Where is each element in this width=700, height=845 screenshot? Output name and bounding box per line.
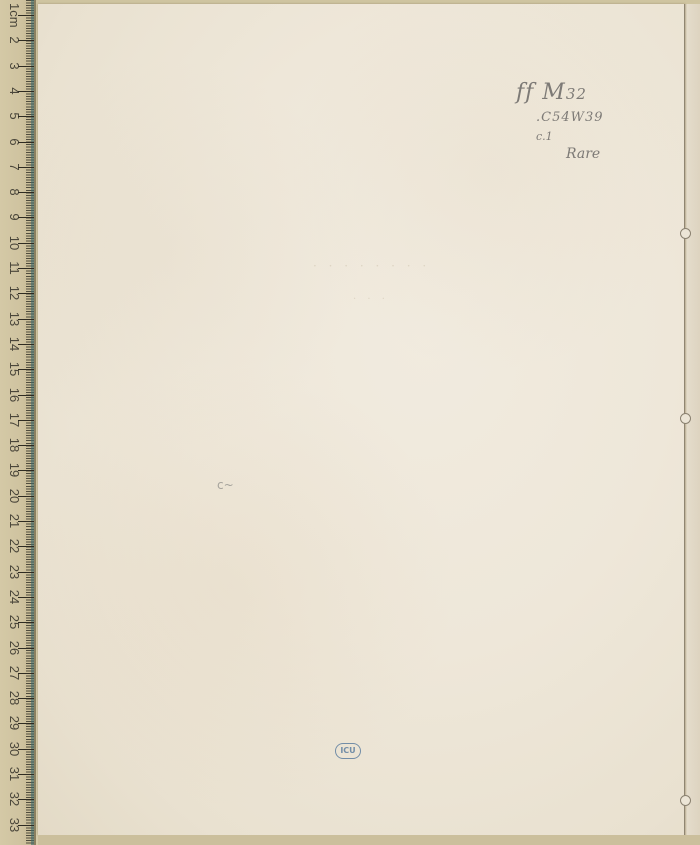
staple-hole xyxy=(680,228,691,239)
ruler-major-tick xyxy=(18,344,34,345)
ruler-major-tick xyxy=(18,648,34,649)
ruler-major-tick xyxy=(18,723,34,724)
call-number-class: ff M xyxy=(516,80,566,105)
ruler-major-tick xyxy=(18,521,34,522)
ruler-major-tick xyxy=(18,192,34,193)
ruler-edge xyxy=(31,0,34,845)
call-number-line-2: .C54W39 xyxy=(536,110,604,125)
ruler-major-tick xyxy=(18,698,34,699)
ruler-major-tick xyxy=(18,825,34,826)
show-through-text: · · · · · · · · xyxy=(313,259,430,273)
ruler-major-tick xyxy=(18,673,34,674)
ruler-major-tick xyxy=(18,799,34,800)
ruler-major-tick xyxy=(18,319,34,320)
ruler-major-tick xyxy=(18,91,34,92)
ruler-major-tick xyxy=(18,420,34,421)
ruler-major-tick xyxy=(18,167,34,168)
ruler-major-tick xyxy=(18,369,34,370)
ruler-major-tick xyxy=(18,622,34,623)
ruler-major-tick xyxy=(18,572,34,573)
pencil-mark: c~ xyxy=(217,478,234,492)
ruler-major-tick xyxy=(18,142,34,143)
library-stamp: ICU xyxy=(335,743,361,759)
collection-note: Rare xyxy=(566,146,600,162)
copy-number: c.1 xyxy=(536,130,553,143)
ruler-major-tick xyxy=(18,293,34,294)
call-number-class-number: 32 xyxy=(566,85,587,103)
show-through-text: · · · xyxy=(353,294,389,305)
ruler-major-tick xyxy=(18,116,34,117)
call-number-line-1: ff M32 xyxy=(516,80,587,105)
ruler-major-tick xyxy=(18,470,34,471)
ruler-major-tick xyxy=(18,66,34,67)
staple-hole xyxy=(680,413,691,424)
ruler-major-tick xyxy=(18,496,34,497)
ruler-major-tick xyxy=(18,40,34,41)
scan-bottom-edge xyxy=(38,835,700,845)
ruler-major-tick xyxy=(18,217,34,218)
ruler-major-tick xyxy=(18,15,34,16)
ruler-major-tick xyxy=(18,395,34,396)
ruler-major-tick xyxy=(18,243,34,244)
ruler-major-tick xyxy=(18,445,34,446)
document-page: · · · · · · · · · · · xyxy=(38,4,685,835)
ruler-major-tick xyxy=(18,749,34,750)
ruler-major-tick xyxy=(18,774,34,775)
ruler-major-tick xyxy=(18,546,34,547)
ruler-major-tick xyxy=(18,268,34,269)
staple-hole xyxy=(680,795,691,806)
ruler-major-tick xyxy=(18,597,34,598)
measuring-ruler: 1cm2345678910111213141516171819202122232… xyxy=(0,0,36,845)
